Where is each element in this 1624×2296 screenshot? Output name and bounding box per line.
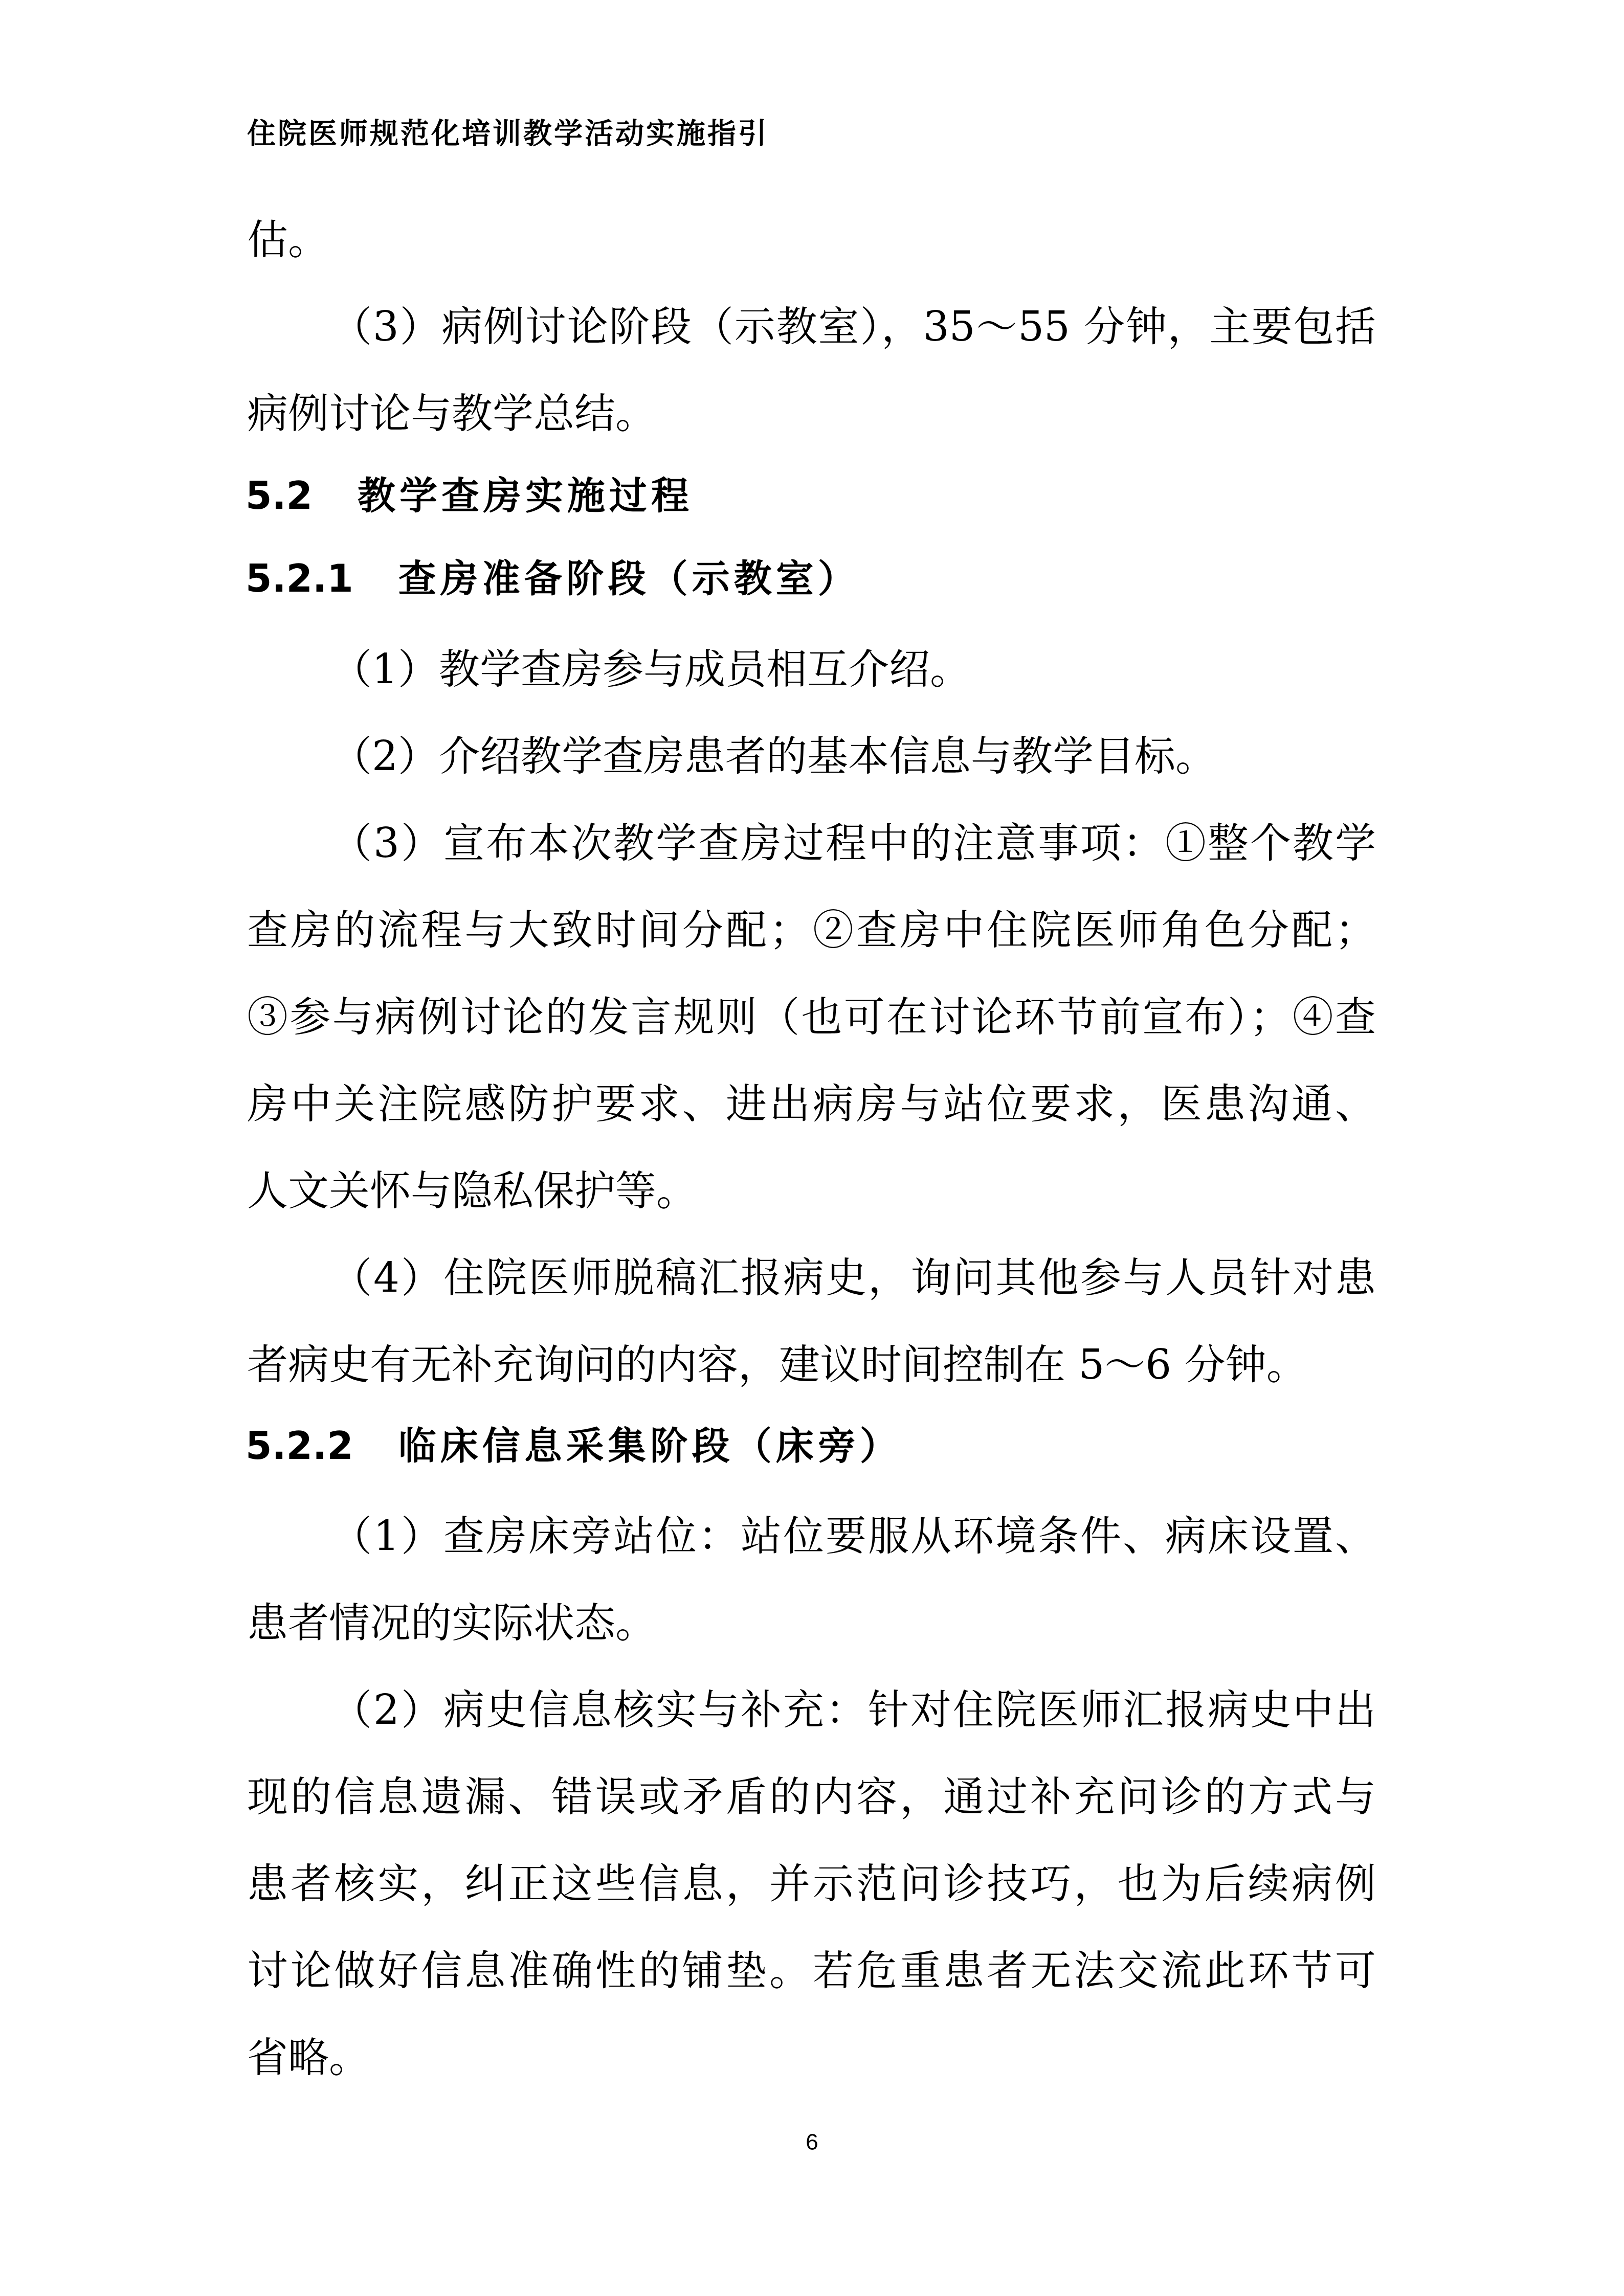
paragraph-line: （1）教学查房参与成员相互介绍。 xyxy=(331,641,1376,697)
running-header: 住院医师规范化培训教学活动实施指引 xyxy=(247,114,769,154)
document-page: 住院医师规范化培训教学活动实施指引 估。 （3）病例讨论阶段（示教室），35～5… xyxy=(0,0,1624,2296)
section-heading-5-2-2: 5.2.2临床信息采集阶段（床旁） xyxy=(246,1421,902,1472)
paragraph-line: 现的信息遗漏、错误或矛盾的内容，通过补充问诊的方式与 xyxy=(247,1769,1376,1825)
paragraph-line: （4）住院医师脱稿汇报病史，询问其他参与人员针对患 xyxy=(331,1250,1376,1306)
paragraph-line: （2）病史信息核实与补充：针对住院医师汇报病史中出 xyxy=(331,1682,1376,1738)
paragraph-line: 省略。 xyxy=(247,2030,1376,2086)
paragraph-line: （3）宣布本次教学查房过程中的注意事项：①整个教学 xyxy=(331,815,1376,871)
section-number: 5.2.1 xyxy=(246,553,353,604)
section-title: 查房准备阶段（示教室） xyxy=(398,553,860,604)
page-number: 6 xyxy=(0,2127,1624,2158)
section-title: 临床信息采集阶段（床旁） xyxy=(398,1421,902,1472)
section-number: 5.2.2 xyxy=(246,1421,353,1472)
section-title: 教学查房实施过程 xyxy=(358,470,693,522)
section-number: 5.2 xyxy=(246,470,313,522)
paragraph-line: （1）查房床旁站位：站位要服从环境条件、病床设置、 xyxy=(331,1508,1376,1564)
paragraph-line: 查房的流程与大致时间分配；②查房中住院医师角色分配； xyxy=(247,902,1376,958)
paragraph-line: 者病史有无补充询问的内容，建议时间控制在 5～6 分钟。 xyxy=(247,1337,1376,1393)
paragraph-line: ③参与病例讨论的发言规则（也可在讨论环节前宣布）；④查 xyxy=(247,989,1376,1045)
paragraph-line: 讨论做好信息准确性的铺垫。若危重患者无法交流此环节可 xyxy=(247,1943,1376,1999)
paragraph-line: 患者情况的实际状态。 xyxy=(247,1595,1376,1651)
paragraph-line: 估。 xyxy=(247,212,1376,268)
paragraph-line: 病例讨论与教学总结。 xyxy=(247,386,1376,442)
paragraph-line: （2）介绍教学查房患者的基本信息与教学目标。 xyxy=(331,728,1376,784)
paragraph-line: 人文关怀与隐私保护等。 xyxy=(247,1163,1376,1219)
section-heading-5-2: 5.2教学查房实施过程 xyxy=(246,470,693,522)
section-heading-5-2-1: 5.2.1查房准备阶段（示教室） xyxy=(246,553,860,604)
paragraph-line: 患者核实，纠正这些信息，并示范问诊技巧，也为后续病例 xyxy=(247,1856,1376,1912)
paragraph-line: （3）病例讨论阶段（示教室），35～55 分钟，主要包括 xyxy=(331,299,1376,355)
paragraph-line: 房中关注院感防护要求、进出病房与站位要求，医患沟通、 xyxy=(247,1076,1376,1132)
